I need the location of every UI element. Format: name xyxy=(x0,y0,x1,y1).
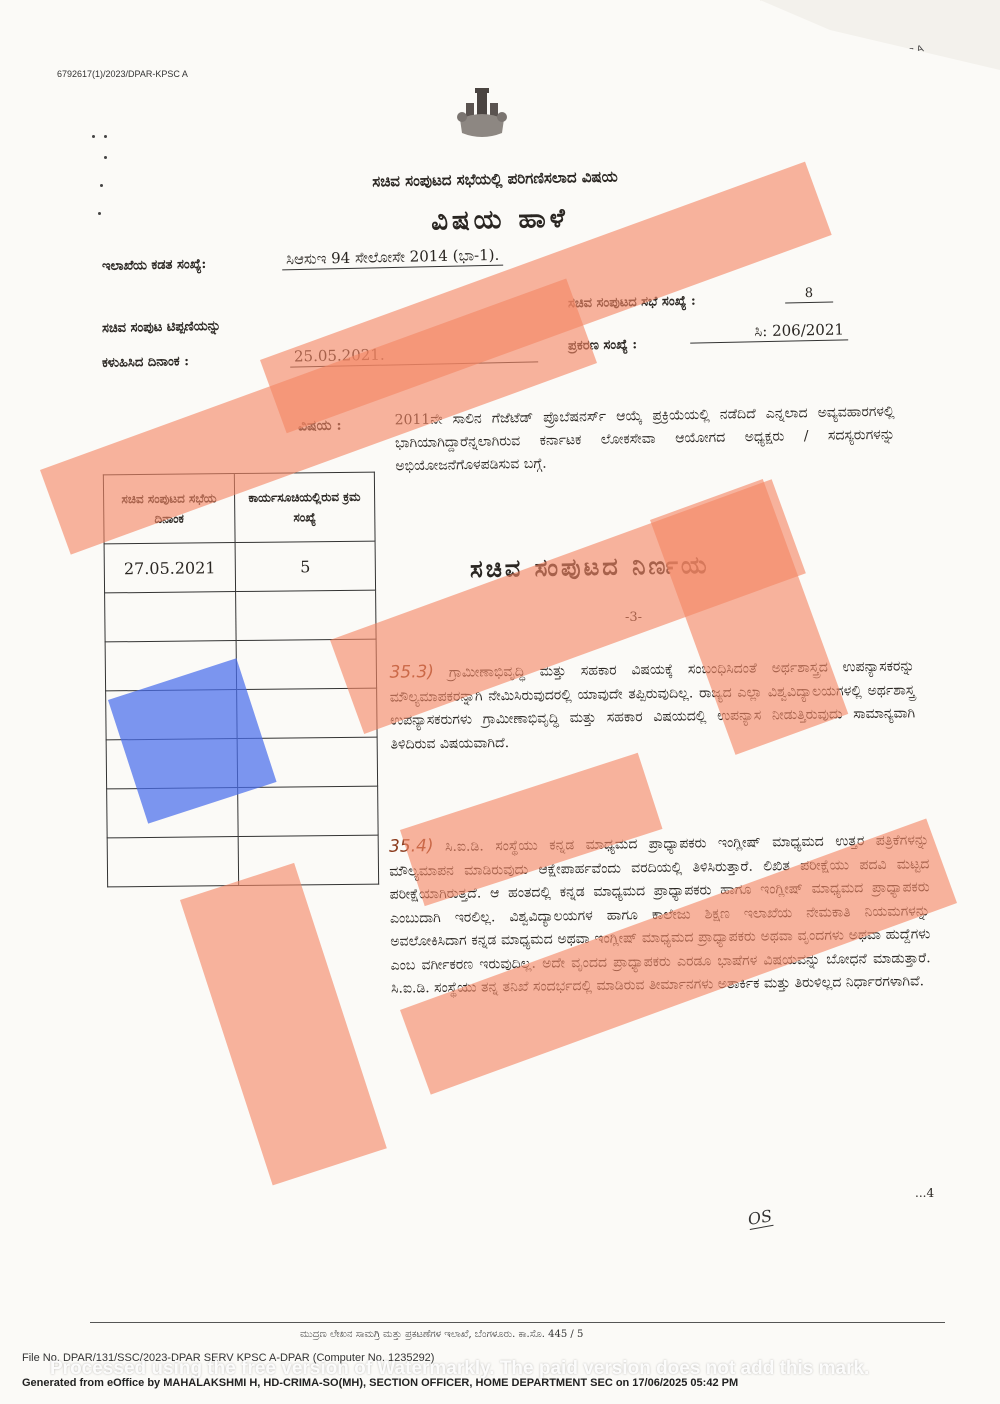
state-emblem-icon xyxy=(452,85,512,145)
footer-divider xyxy=(90,1322,945,1323)
continued-marker: ...4 xyxy=(915,1186,934,1200)
file-number-label: ಇಲಾಖೆಯ ಕಡತ ಸಂಖ್ಯೆ: xyxy=(102,257,207,274)
agenda-serial-cell: 5 xyxy=(235,541,376,591)
empty-cell xyxy=(107,837,238,887)
empty-cell xyxy=(105,592,236,642)
meeting-date-cell: 27.05.2021 xyxy=(104,543,235,593)
file-number-value: ಸಿಆಸುಇ 94 ಸೇಲೋಸೇ 2014 (ಭಾ-1). xyxy=(282,246,504,271)
empty-cell xyxy=(237,786,378,836)
table-row: 27.05.2021 5 xyxy=(104,541,375,593)
document-heading-subtitle: ಸಚಿವ ಸಂಪುಟದ ಸಭೆಯಲ್ಲಿ ಪರಿಗಣಿಸಲಾದ ವಿಷಯ xyxy=(315,166,675,192)
watermark-text: Processed using the free version of Wate… xyxy=(50,1358,869,1380)
cabinet-note-label: ಸಚಿವ ಸಂಪುಟ ಟಿಪ್ಪಣಿಯನ್ನು xyxy=(102,319,221,336)
document-heading-title: ವಿಷಯ ಹಾಳೆ xyxy=(390,203,611,239)
meeting-number-value: 8 xyxy=(785,285,833,303)
press-imprint: ಮುದ್ರಣ ಲೇಖನ ಸಾಮಗ್ರಿ ಮತ್ತು ಪ್ರಕಟಣೆಗಳ ಇಲಾಖ… xyxy=(300,1329,583,1340)
subject-text: 2011ನೇ ಸಾಲಿನ ಗೆಜೆಟೆಡ್ ಪ್ರೊಬೆಷನರ್ಸ್ ಆಯ್ಕೆ… xyxy=(394,401,895,479)
case-number-value: ಸಿ: 206/2021 xyxy=(690,320,848,343)
initials-signature: OS xyxy=(746,1206,773,1230)
file-code: 6792617(1)/2023/DPAR-KPSC A xyxy=(57,69,188,79)
table-row xyxy=(105,590,376,642)
sent-date-label: ಕಳುಹಿಸಿದ ದಿನಾಂಕ : xyxy=(102,354,189,371)
